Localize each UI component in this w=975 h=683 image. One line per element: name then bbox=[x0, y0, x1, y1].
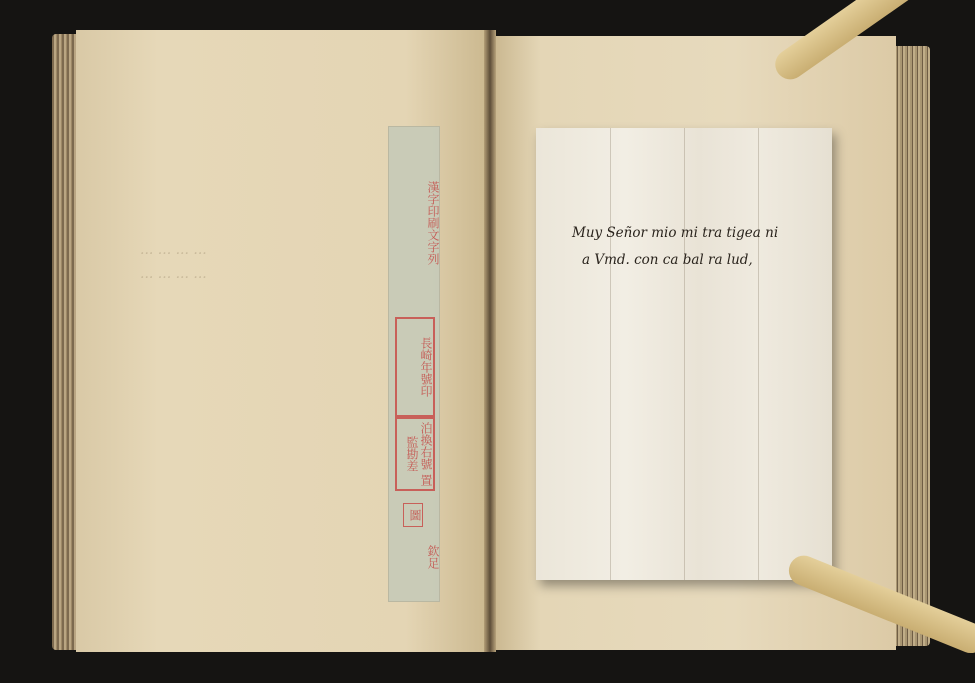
right-page-edges bbox=[890, 46, 930, 646]
book-gutter bbox=[484, 30, 496, 652]
letter-fold-line bbox=[610, 128, 611, 580]
faint-show-through-text: ... ... ... ... ... ... ... ... bbox=[140, 238, 360, 286]
slip-stamp-1: 長崎年號印 bbox=[395, 317, 435, 417]
chinese-printed-slip: 漢字印刷文字列 長崎年號印 泊換右號 置監勘差 圖 欽足 bbox=[388, 126, 440, 602]
folded-letter: Muy Señor mio mi tra tigea ni a Vmd. con… bbox=[536, 128, 832, 580]
slip-bottom-text: 欽足 bbox=[389, 537, 439, 577]
letter-fold-line bbox=[684, 128, 685, 580]
slip-stamp-2: 泊換右號 置監勘差 bbox=[395, 417, 435, 491]
letter-fold-line bbox=[758, 128, 759, 580]
slip-stamp-3: 圖 bbox=[403, 503, 423, 527]
handwritten-text: Muy Señor mio mi tra tigea ni a Vmd. con… bbox=[572, 220, 822, 274]
slip-printed-text: 漢字印刷文字列 bbox=[389, 133, 439, 313]
